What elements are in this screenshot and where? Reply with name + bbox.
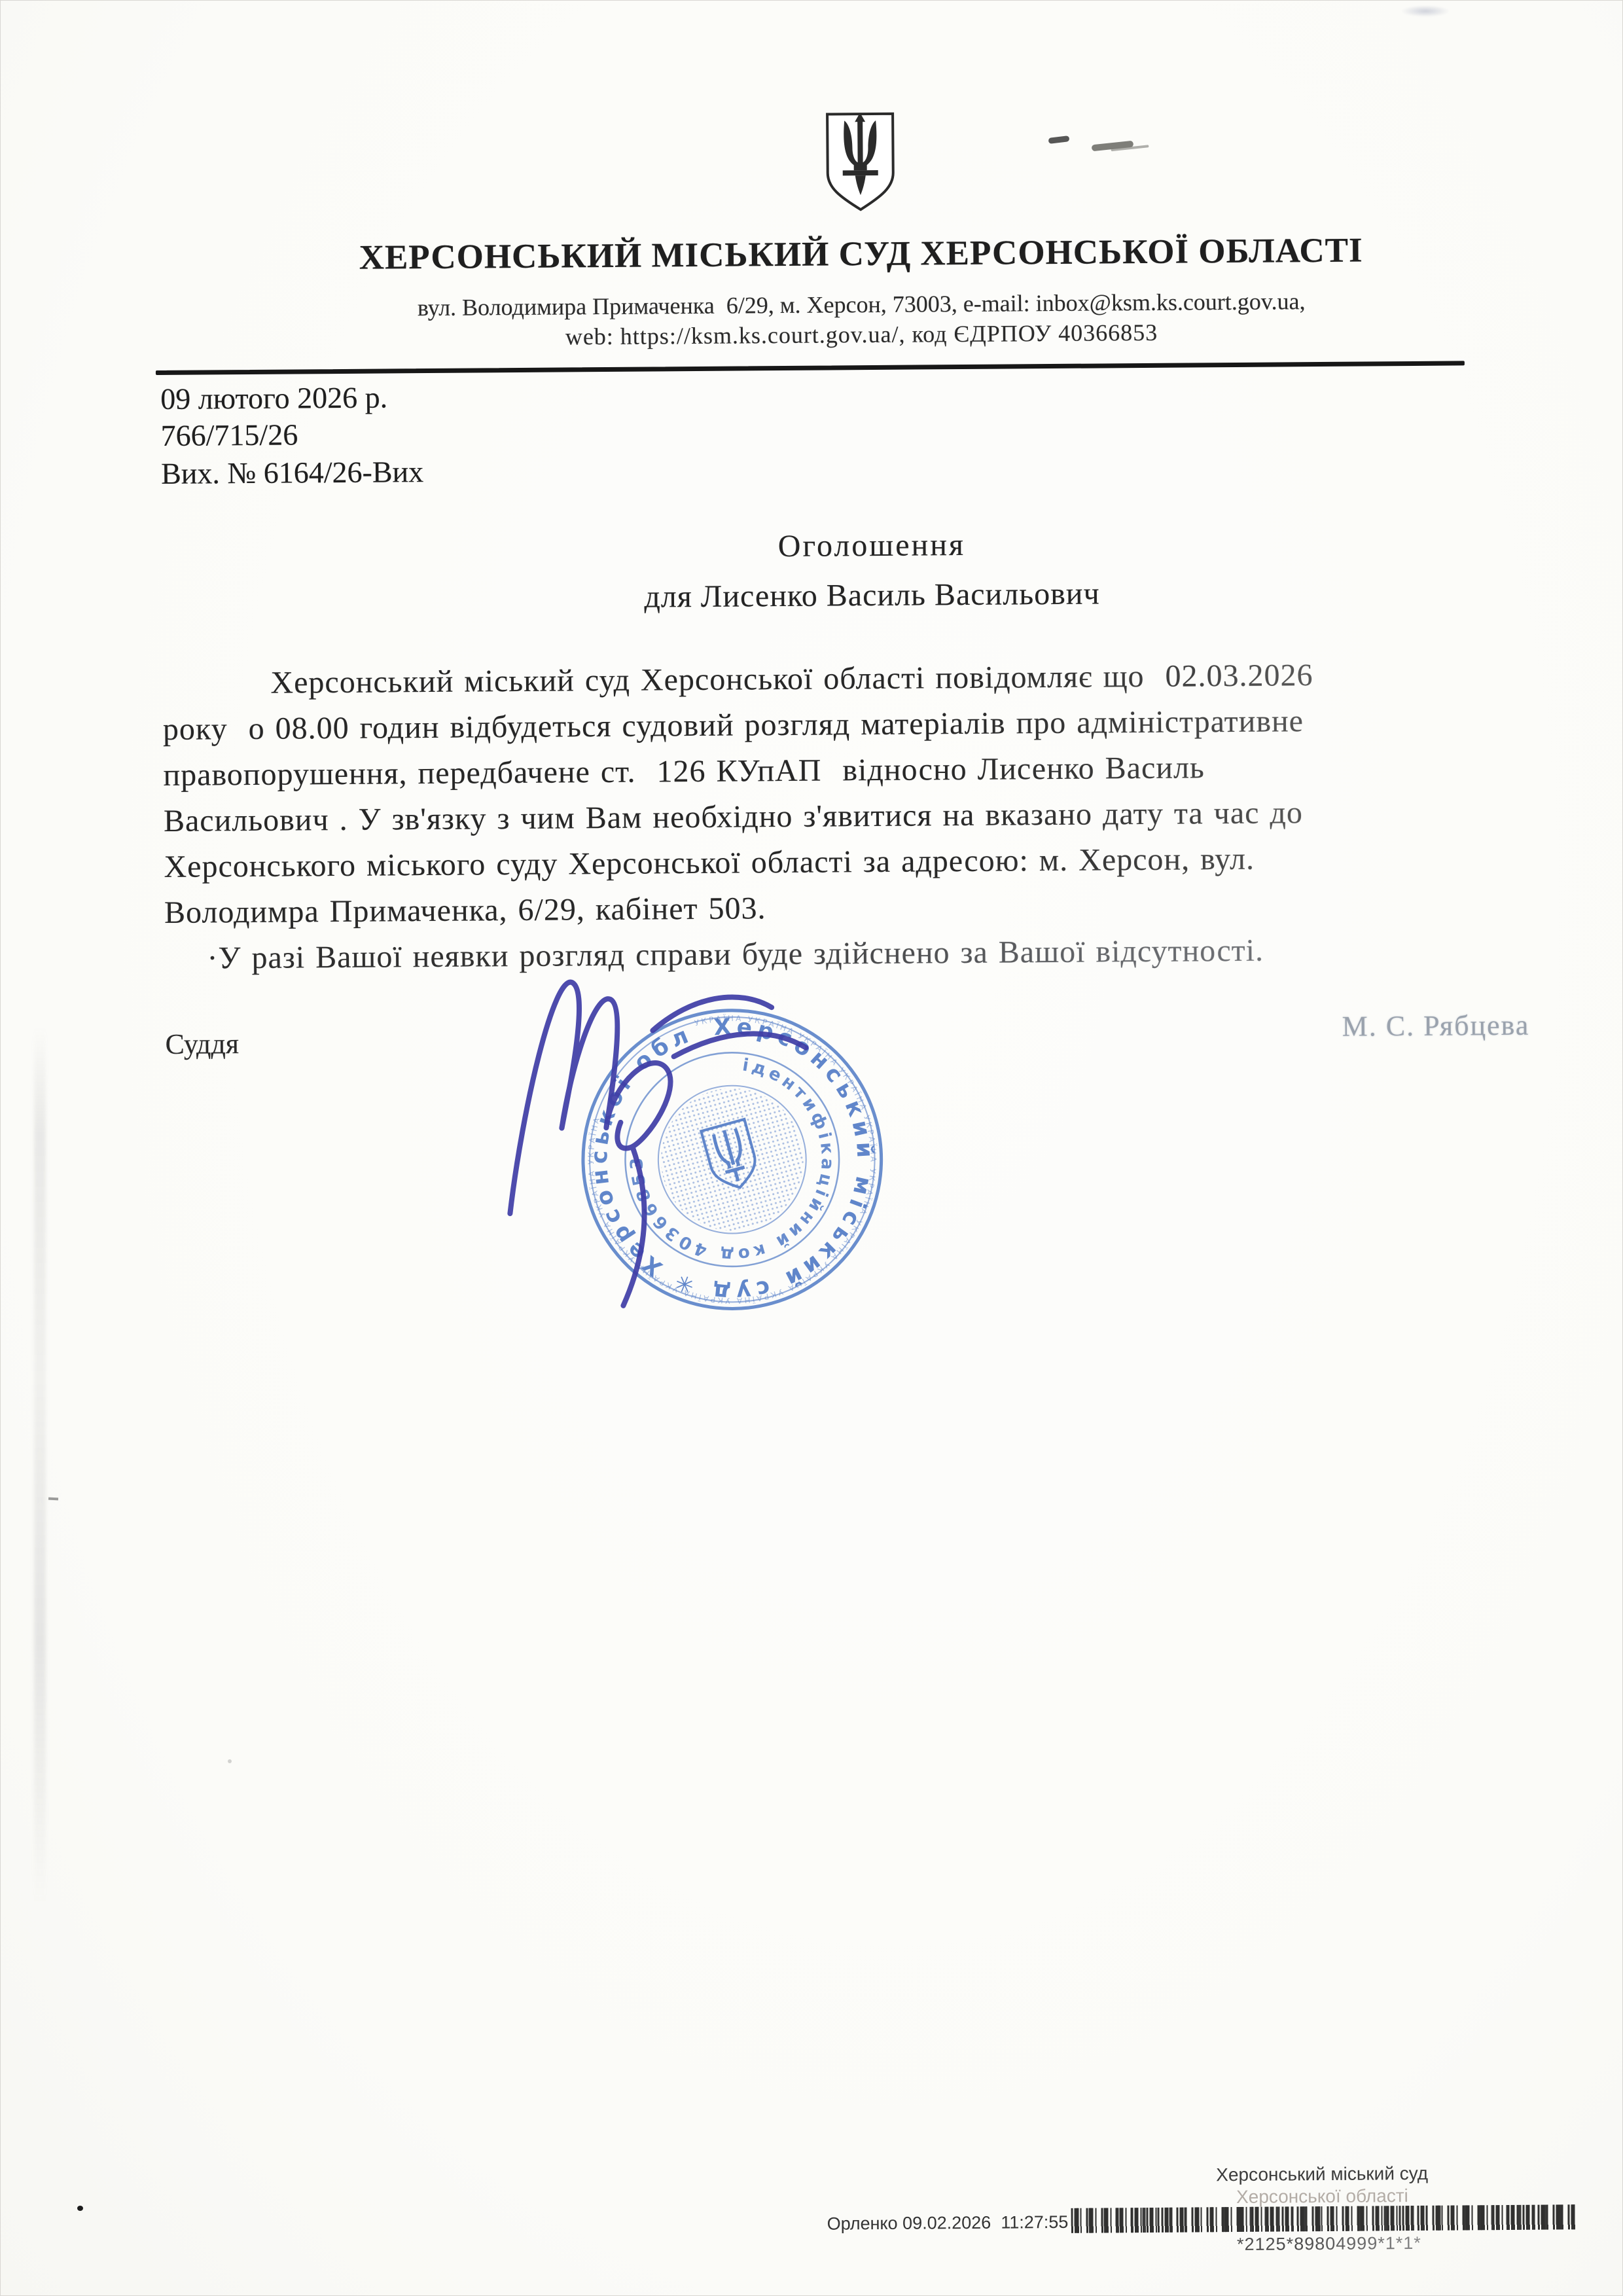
footer-court-block: Херсонський міський суд Херсонської обла… (1060, 2161, 1584, 2210)
ink-dot-artifact (228, 1759, 232, 1763)
ink-dot-artifact (77, 2206, 83, 2211)
ink-dash-artifact (48, 1498, 58, 1501)
document-date: 09 лютого 2026 р. (160, 380, 387, 416)
judge-role-label: Суддя (165, 1027, 239, 1061)
document-barcode (1071, 2204, 1577, 2233)
judge-signature (455, 929, 851, 1338)
scanner-streak-artifact (34, 1028, 46, 1905)
judge-name: М. С. Рябцева (1248, 1009, 1529, 1044)
footer-operator-timestamp: Орленко 09.02.2026 11:27:55 (827, 2212, 1069, 2234)
court-name: ХЕРСОНСЬКИЙ МІСЬКИЙ СУД ХЕРСОНСЬКОЇ ОБЛА… (130, 229, 1592, 279)
body-line: року о 08.00 годин відбудеться судовий р… (163, 697, 1485, 753)
case-number: 766/715/26 (160, 417, 298, 453)
header-divider (156, 361, 1465, 375)
body-line: Васильович . У зв'язку з чим Вам необхід… (164, 789, 1486, 844)
outgoing-number: Вих. № 6164/26-Вих (161, 454, 423, 491)
document-addressee: для Лисенко Василь Васильович (162, 572, 1582, 619)
barcode-caption: *2125*89804999*1*1* (1067, 2232, 1591, 2256)
footer-court-line1: Херсонський міський суд (1060, 2161, 1584, 2187)
document-content: ХЕРСОНСЬКИЙ МІСЬКИЙ СУД ХЕРСОНСЬКОЇ ОБЛА… (0, 0, 1623, 2296)
document-title: Оголошення (162, 522, 1582, 569)
ukraine-trident-emblem-icon (820, 110, 901, 214)
smudge-artifact (1400, 5, 1450, 17)
scanned-document-page: ХЕРСОНСЬКИЙ МІСЬКИЙ СУД ХЕРСОНСЬКОЇ ОБЛА… (0, 0, 1623, 2296)
